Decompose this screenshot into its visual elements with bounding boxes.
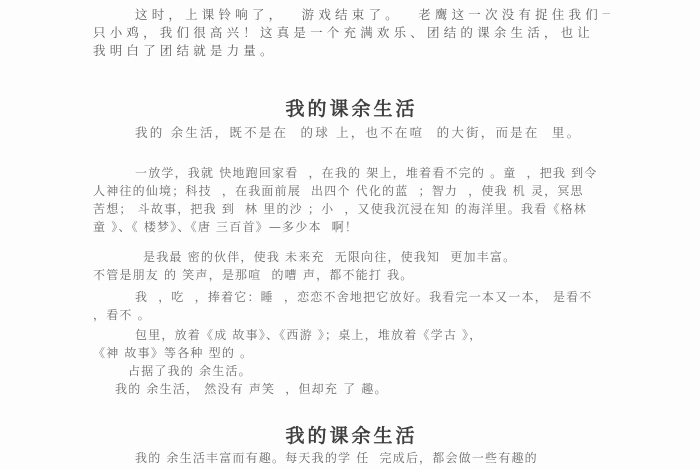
scanned-essay-page: 这时，上课铃响了， 游戏结束了。 老鹰这一次没有捉住我们一 只小鸡，我们很高兴！… xyxy=(0,0,700,470)
essay-line: 不管是朋友 的 笑声，是那喧 的嘈 声，都不能打 我。 xyxy=(93,266,610,284)
essay-line: 我 ，吃 ，捧着它：睡 ，恋恋不舍地把它放好。我看完一本又一本， 是看不 xyxy=(93,288,610,306)
essay-line: 一放学，我就 快地跑回家看 ，在我的 架上，堆着看不完的 。童 ，把我 到令 xyxy=(93,164,610,182)
essay-line: 苦想； 斗故事，把我 到 林 里的沙 ；小 ，又使我沉浸在知 的海洋里。我看《格… xyxy=(93,200,610,218)
essay-line: 我的 余生活， 然没有 声笑 ，但却充 了 趣。 xyxy=(93,380,610,398)
essay-line: 人神往的仙境；科技 ，在我面前展 出四个 代化的蓝 ；智力 ，使我 机 灵，冥思 xyxy=(93,182,610,200)
essay-line: 这时，上课铃响了， 游戏结束了。 老鹰这一次没有捉住我们一 xyxy=(93,6,610,24)
essay-line: 我明白了团结就是力量。 xyxy=(93,42,610,60)
essay-line: 占据了我的 余生活。 xyxy=(93,362,610,380)
essay-line: 是我最 密的伙伴，使我 未来充 无限向往，使我知 更加丰富。 xyxy=(93,248,610,266)
essay-line: 我的 余生活丰富而有趣。每天我的学 任 完成后，都会做一些有趣的 xyxy=(93,449,610,467)
essay-line: 《神 故事》等各种 型的 。 xyxy=(93,344,610,362)
essay-line: ，看不 。 xyxy=(93,306,610,324)
essay-line: 我的 余生活，既不是在 的球 上，也不在喧 的大街，而是在 里。 xyxy=(93,124,610,142)
essay-line: 只小鸡，我们很高兴！这真是一个充满欢乐、团结的课余生活，也让 xyxy=(93,24,610,42)
essay-line: 童 》、《 楼梦》、《唐 三百首》—多少本 啊！ xyxy=(93,218,610,236)
essay-line: 包里，放着《成 故事》、《西游 》；桌上，堆放着《学古 》， xyxy=(93,326,610,344)
essay-title-first: 我的课余生活 xyxy=(93,96,610,122)
essay-title-second: 我的课余生活 xyxy=(93,423,610,449)
